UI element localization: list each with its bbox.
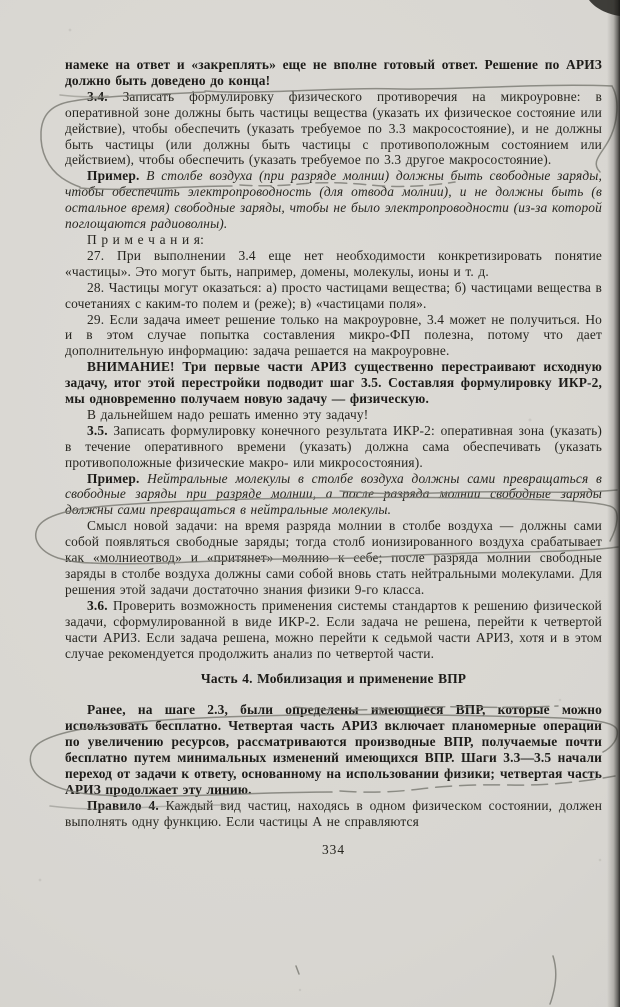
step-3-6-text: Проверить возможность применения системы… <box>65 598 602 661</box>
page-number: 334 <box>65 842 602 858</box>
text-column: намеке на ответ и «закреплять» еще не вп… <box>65 57 602 858</box>
note-29: 29. Если задача имеет решение только на … <box>65 312 602 360</box>
pencil-tick-page-number <box>296 966 299 974</box>
step-3-4: 3.4. Записать формулировку физического п… <box>65 89 602 169</box>
scanned-book-page: намеке на ответ и «закреплять» еще не вп… <box>0 0 620 1007</box>
rule-4: Правило 4. Каждый вид частиц, находясь в… <box>65 798 602 830</box>
step-3-6-number: 3.6. <box>87 598 108 613</box>
step-3-4-text: Записать формулировку физического против… <box>65 89 602 168</box>
attention-note: ВНИМАНИЕ! Три первые части АРИЗ существе… <box>65 359 602 407</box>
step-3-4-number: 3.4. <box>87 89 108 104</box>
part-4-heading: Часть 4. Мобилизация и применение ВПР <box>65 671 602 687</box>
example-lightning-2: Пример. Нейтральные молекулы в столбе во… <box>65 471 602 519</box>
notes-title: П р и м е ч а н и я: <box>65 232 602 248</box>
step-3-5-text: Записать формулировку конечного результа… <box>65 423 602 470</box>
example-2-text: Нейтральные молекулы в столбе воздуха до… <box>65 471 602 518</box>
paragraph-intro-continuation: намеке на ответ и «закреплять» еще не вп… <box>65 57 602 89</box>
part-4-intro: Ранее, на шаге 2.3, были определены имею… <box>65 702 602 797</box>
example-1-label: Пример. <box>87 168 140 183</box>
example-lightning-1: Пример. В столбе воздуха (при разряде мо… <box>65 168 602 232</box>
step-3-5: 3.5. Записать формулировку конечного рез… <box>65 423 602 471</box>
pencil-stroke-bottom-right <box>550 956 556 1004</box>
rule-4-label: Правило 4. <box>87 798 159 813</box>
note-28: 28. Частицы могут оказаться: а) просто ч… <box>65 280 602 312</box>
note-27: 27. При выполнении 3.4 еще нет необходим… <box>65 248 602 280</box>
further-note: В дальнейшем надо решать именно эту зада… <box>65 407 602 423</box>
example-1-text: В столбе воздуха (при разряде молнии) до… <box>65 168 602 231</box>
scan-edge-shadow <box>607 0 620 1007</box>
step-3-5-number: 3.5. <box>87 423 108 438</box>
task-meaning: Смысл новой задачи: на время разряда мол… <box>65 518 602 598</box>
example-2-label: Пример. <box>87 471 140 486</box>
step-3-6: 3.6. Проверить возможность применения си… <box>65 598 602 662</box>
